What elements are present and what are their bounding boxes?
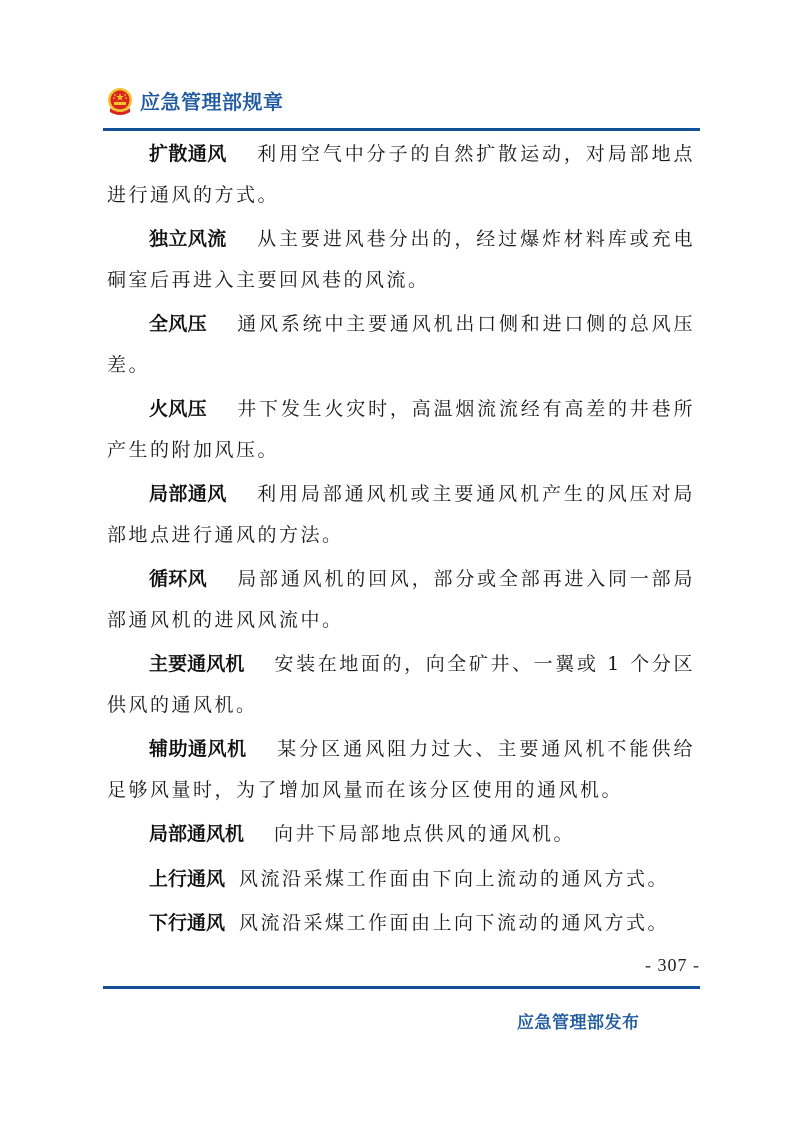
term: 局部通风 bbox=[149, 483, 227, 505]
definition-entry: 循环风局部通风机的回风，部分或全部再进入同一部局部通风机的进风风流中。 bbox=[107, 559, 695, 640]
definition-entry: 火风压井下发生火灾时，高温烟流流经有高差的井巷所产生的附加风压。 bbox=[107, 389, 695, 470]
footer-publisher: 应急管理部发布 bbox=[517, 1008, 640, 1033]
definition: 向井下局部地点供风的通风机。 bbox=[274, 823, 575, 845]
term: 独立风流 bbox=[149, 228, 227, 250]
definition-entry: 上行通风风流沿采煤工作面由下向上流动的通风方式。 bbox=[107, 859, 695, 900]
definition: 风流沿采煤工作面由下向上流动的通风方式。 bbox=[239, 868, 669, 890]
term: 下行通风 bbox=[149, 912, 225, 934]
definition-entry: 独立风流从主要进风巷分出的，经过爆炸材料库或充电硐室后再进入主要回风巷的风流。 bbox=[107, 219, 695, 300]
definition-entry: 局部通风机向井下局部地点供风的通风机。 bbox=[107, 814, 695, 855]
term: 辅助通风机 bbox=[149, 738, 247, 760]
term: 火风压 bbox=[149, 398, 207, 420]
definition-entry: 下行通风风流沿采煤工作面由上向下流动的通风方式。 bbox=[107, 903, 695, 944]
definition-entry: 辅助通风机某分区通风阻力过大、主要通风机不能供给足够风量时，为了增加风量而在该分… bbox=[107, 729, 695, 810]
header-title: 应急管理部规章 bbox=[140, 88, 284, 116]
definition: 风流沿采煤工作面由上向下流动的通风方式。 bbox=[239, 912, 669, 934]
term: 主要通风机 bbox=[149, 653, 244, 675]
page-header: 应急管理部规章 bbox=[104, 84, 284, 120]
header-divider bbox=[103, 128, 700, 131]
national-emblem-icon bbox=[104, 86, 136, 118]
definition-entry: 扩散通风利用空气中分子的自然扩散运动，对局部地点进行通风的方式。 bbox=[107, 134, 695, 215]
term: 上行通风 bbox=[149, 868, 225, 890]
footer-divider bbox=[103, 986, 700, 989]
term: 全风压 bbox=[149, 313, 207, 335]
page-number: - 307 - bbox=[620, 955, 700, 976]
definition-entry: 主要通风机安装在地面的，向全矿井、一翼或 1 个分区供风的通风机。 bbox=[107, 644, 695, 725]
term: 循环风 bbox=[149, 568, 207, 590]
term: 扩散通风 bbox=[149, 143, 227, 165]
definitions-list: 扩散通风利用空气中分子的自然扩散运动，对局部地点进行通风的方式。 独立风流从主要… bbox=[107, 134, 695, 948]
term: 局部通风机 bbox=[149, 823, 244, 845]
definition-entry: 全风压通风系统中主要通风机出口侧和进口侧的总风压差。 bbox=[107, 304, 695, 385]
definition-entry: 局部通风利用局部通风机或主要通风机产生的风压对局部地点进行通风的方法。 bbox=[107, 474, 695, 555]
